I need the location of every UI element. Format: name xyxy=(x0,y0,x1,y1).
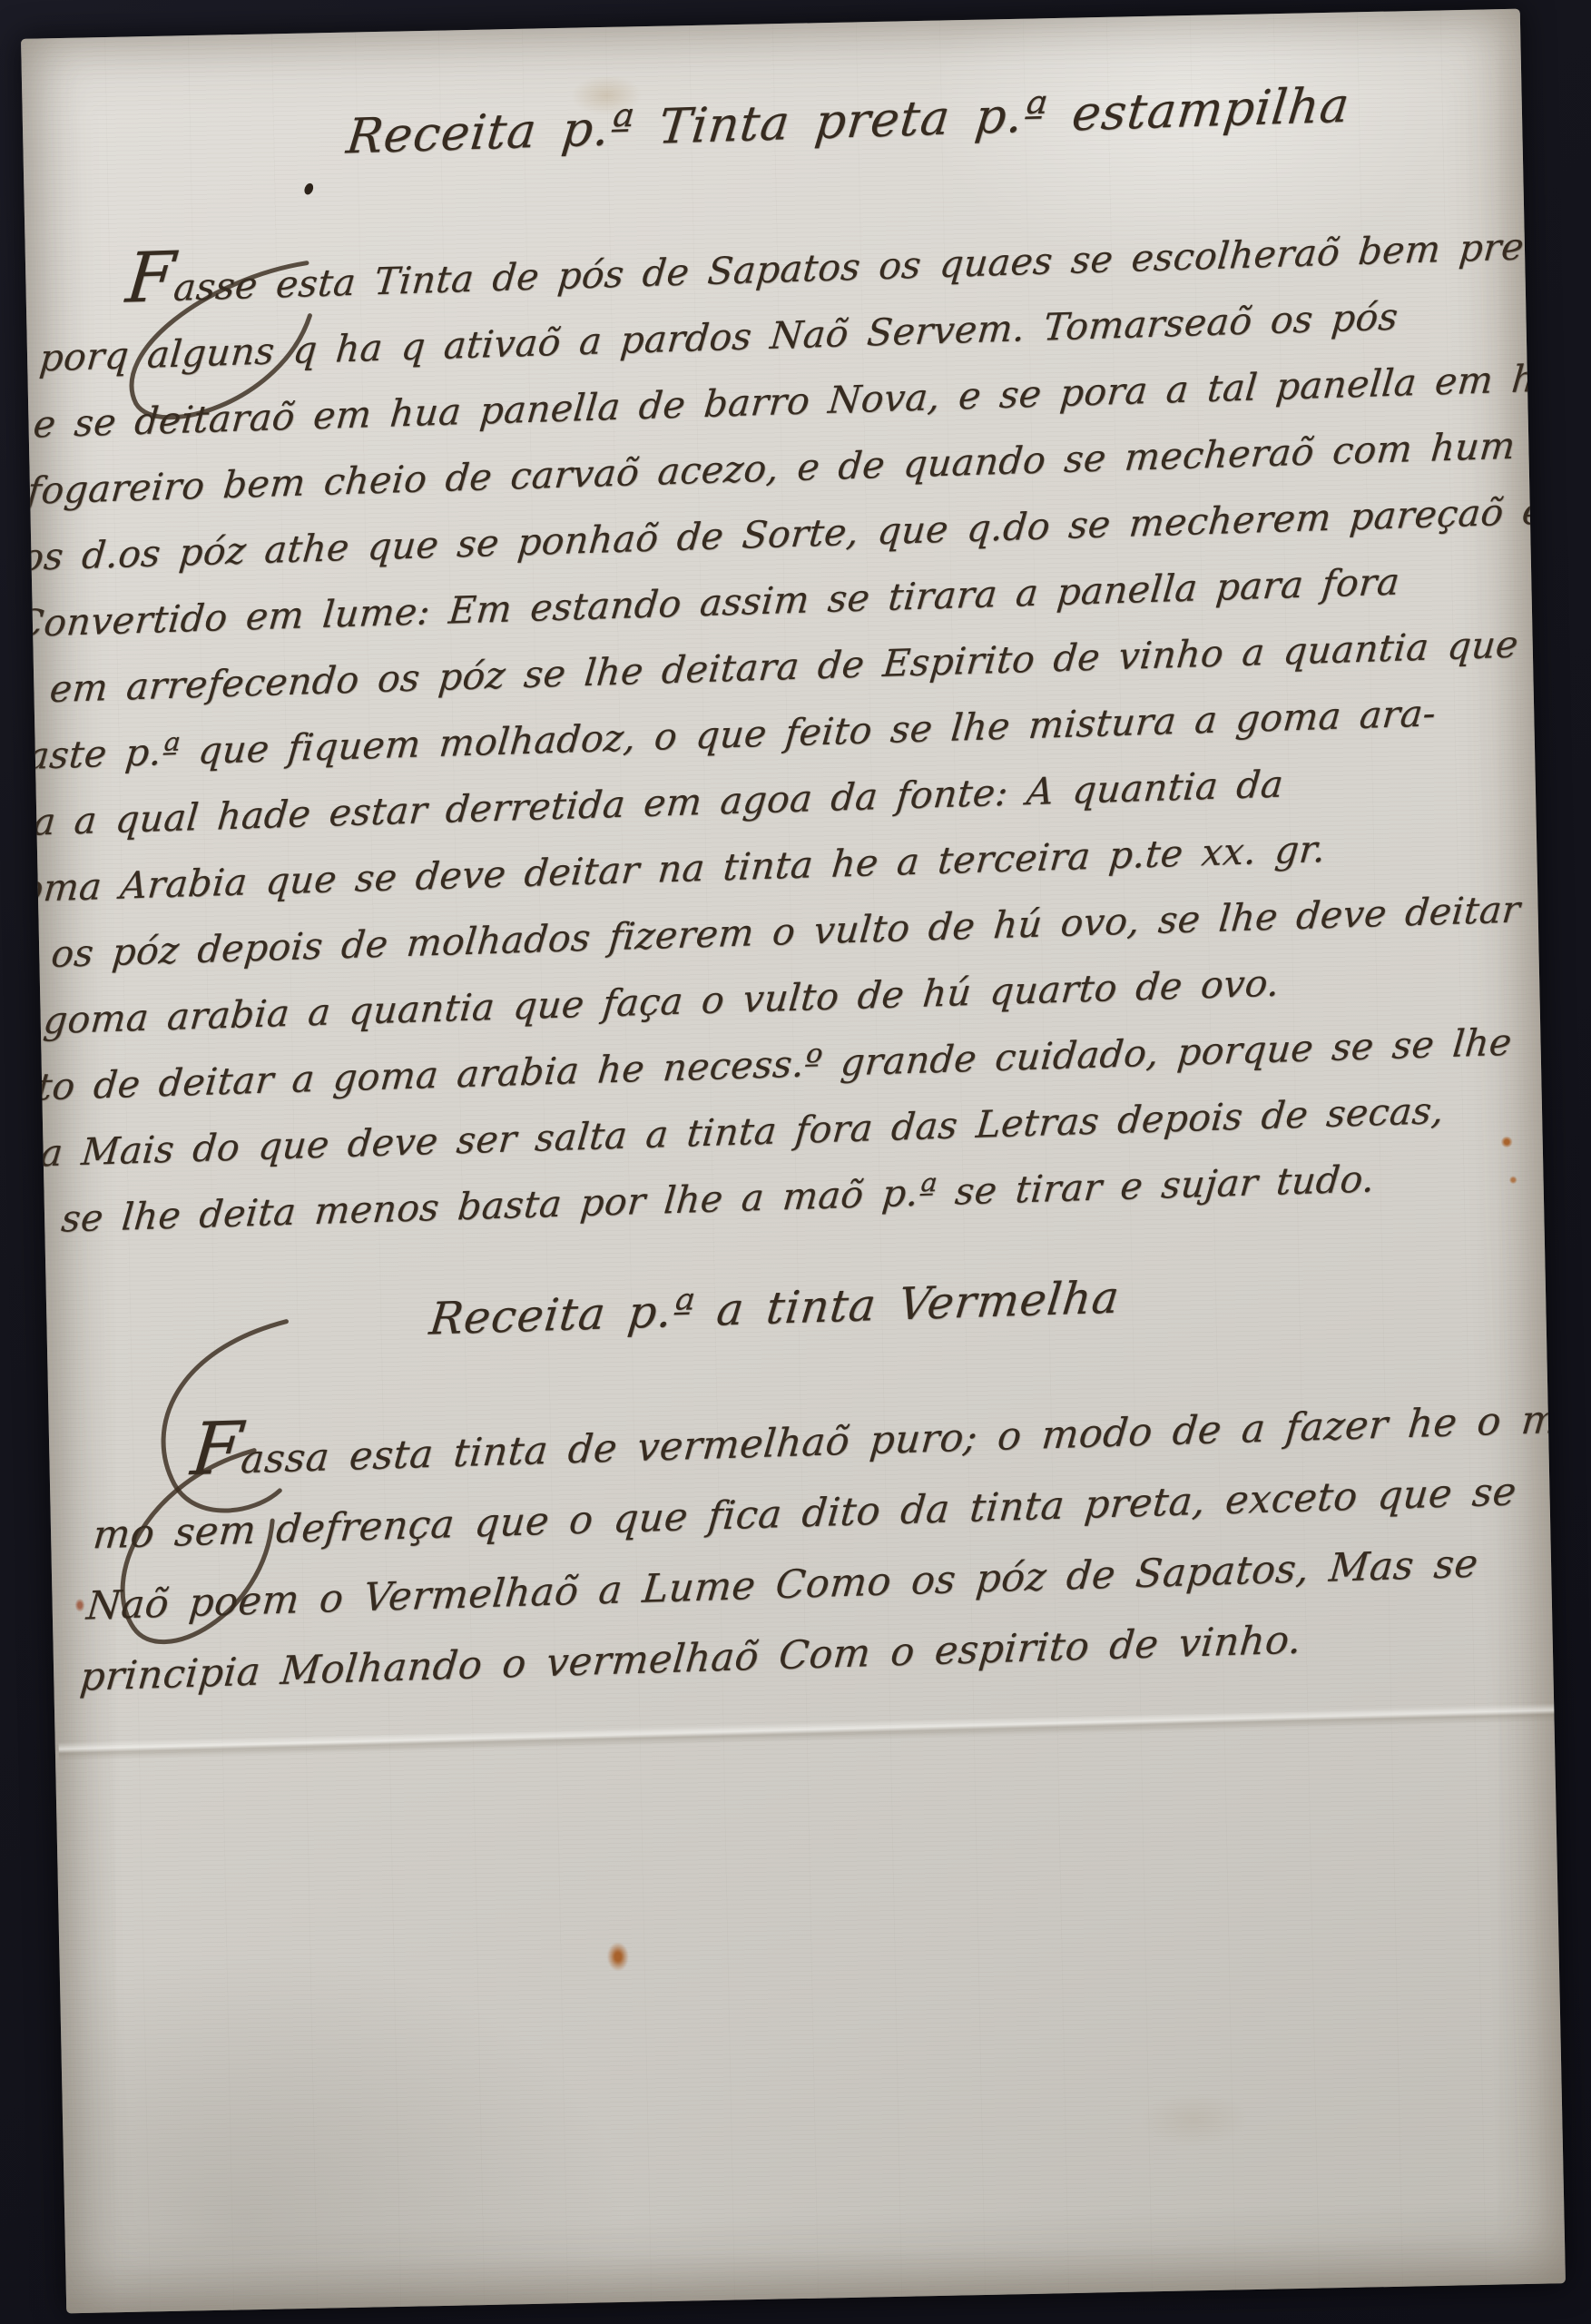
red-ink-recipe-paragraph: Fassa esta tinta de vermelhaõ puro; o mo… xyxy=(77,1385,1519,1713)
red-ink-heading: Receita p.ª a tinta Vermelha xyxy=(427,1272,1122,1345)
rust-stain xyxy=(1501,1136,1513,1147)
rust-stain xyxy=(74,1599,84,1612)
rust-stain xyxy=(606,1942,629,1972)
manuscript-paper: Receita p.ª Tinta preta p.ª estampilha F… xyxy=(21,9,1566,2314)
black-ink-recipe-paragraph: Fasse esta Tinta de pós de Sapatos os qu… xyxy=(21,215,1483,1256)
manuscript-content: Receita p.ª Tinta preta p.ª estampilha F… xyxy=(21,9,1566,2314)
ink-dot xyxy=(303,182,315,195)
photo-backdrop: Receita p.ª Tinta preta p.ª estampilha F… xyxy=(0,0,1591,2324)
rust-stain xyxy=(1509,1176,1517,1184)
foxing-stain xyxy=(1139,2091,1250,2148)
fold-crease xyxy=(58,1703,1557,1760)
manuscript-title: Receita p.ª Tinta preta p.ª estampilha xyxy=(344,78,1352,165)
